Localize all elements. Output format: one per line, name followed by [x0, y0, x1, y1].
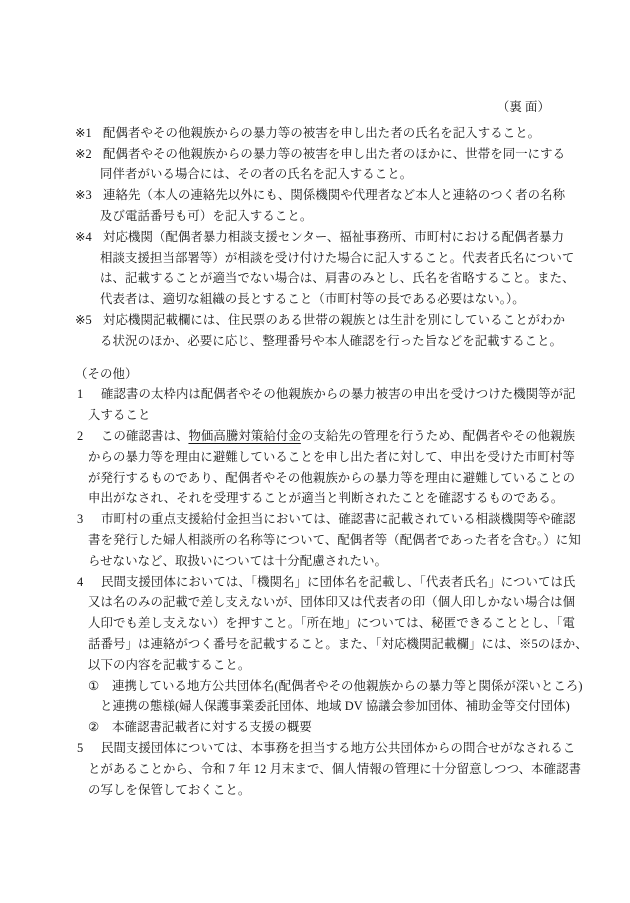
note-marker: ※4: [75, 227, 92, 248]
note-item: ※4 対応機関（配偶者暴力相談支援センター、福祉事務所、市町村における配偶者暴力…: [0, 227, 630, 310]
sub-list-item: ② 本確認書記載者に対する支援の概要: [0, 717, 630, 738]
list-text: 民間支援団体については、本事務を担当する地方公共団体からの問合せがなされるこ: [101, 741, 575, 755]
list-line: が発行するものであり、配偶者やその他親族からの暴力等を理由に避難していることの: [0, 468, 630, 489]
page-side-label: （裏 面）: [0, 97, 630, 118]
sub-list-text: 連携している地方公共団体名(配偶者やその他親族からの暴力等と関係が深いところ): [112, 679, 583, 693]
note-item: ※3 連絡先（本人の連絡先以外にも、関係機関や代理者など本人と連絡のつく者の名称…: [0, 185, 630, 227]
note-text: 配偶者やその他親族からの暴力等の被害を申し出た者のほかに、世帯を同一にする: [103, 147, 565, 161]
note-item: ※1 配偶者やその他親族からの暴力等の被害を申し出た者の氏名を記入すること。: [0, 123, 630, 144]
list-text: の支給先の管理を行うため、配偶者やその他親族: [301, 429, 575, 443]
note-marker: ※2: [75, 144, 92, 165]
note-item: ※5 対応機関記載欄には、住民票のある世帯の親族とは生計を別にしていることがわか…: [0, 310, 630, 352]
note-item: ※2 配偶者やその他親族からの暴力等の被害を申し出た者のほかに、世帯を同一にする…: [0, 144, 630, 186]
list-line: 人印でも差し支えない）を押すこと。「所在地」については、秘匿できることとし、「電: [0, 613, 630, 634]
list-marker: 4: [77, 572, 83, 593]
list-line: らせないなど、取扱いについては十分配慮されたい。: [0, 551, 630, 572]
document-content: （裏 面） ※1 配偶者やその他親族からの暴力等の被害を申し出た者の氏名を記入す…: [0, 97, 630, 800]
list-line: 申出がなされ、それを受理することが適当と判断されたことを確認するものである。: [0, 488, 630, 509]
sub-list-line: ① 連携している地方公共団体名(配偶者やその他親族からの暴力等と関係が深いところ…: [0, 676, 630, 697]
list-item: 4 民間支援団体においては、「機関名」に団体名を記載し、「代表者氏名」については…: [0, 572, 630, 738]
list-text: 民間支援団体においては、「機関名」に団体名を記載し、「代表者氏名」については氏: [101, 575, 576, 589]
underlined-term: 物価高騰対策給付金: [188, 429, 300, 443]
sub-list-marker: ①: [88, 676, 99, 697]
document-page: { "page": { "side_label": "（裏 面）" }, "no…: [0, 0, 630, 903]
list-item: 2 この確認書は、物価高騰対策給付金の支給先の管理を行うため、配偶者やその他親族…: [0, 426, 630, 509]
note-text: 連絡先（本人の連絡先以外にも、関係機関や代理者など本人と連絡のつく者の名称: [103, 188, 565, 202]
sub-list-item: ① 連携している地方公共団体名(配偶者やその他親族からの暴力等と関係が深いところ…: [0, 676, 630, 718]
list-marker: 3: [77, 509, 83, 530]
note-line: ※4 対応機関（配偶者暴力相談支援センター、福祉事務所、市町村における配偶者暴力: [0, 227, 630, 248]
list-text: この確認書は、: [101, 429, 188, 443]
note-marker: ※1: [75, 123, 92, 144]
note-line: ※2 配偶者やその他親族からの暴力等の被害を申し出た者のほかに、世帯を同一にする: [0, 144, 630, 165]
others-heading: （その他）: [0, 364, 630, 385]
list-item: 1 確認書の太枠内は配偶者やその他親族からの暴力被害の申出を受けつけた機関等が記…: [0, 384, 630, 426]
list-text: 確認書の太枠内は配偶者やその他親族からの暴力被害の申出を受けつけた機関等が記: [101, 387, 576, 401]
note-line: る状況のほか、必要に応じ、整理番号や本人確認を行った旨などを記載すること。: [0, 331, 630, 352]
note-line: は、記載することが適当でない場合は、肩書のみとし、氏名を省略すること。また、: [0, 268, 630, 289]
list-marker: 1: [77, 384, 83, 405]
list-line: からの暴力等を理由に避難していることを申し出た者に対して、申出を受けた市町村等: [0, 447, 630, 468]
note-marker: ※3: [75, 185, 92, 206]
list-line: 1 確認書の太枠内は配偶者やその他親族からの暴力被害の申出を受けつけた機関等が記: [0, 384, 630, 405]
note-text: 配偶者やその他親族からの暴力等の被害を申し出た者の氏名を記入すること。: [103, 126, 540, 140]
note-text: 対応機関（配偶者暴力相談支援センター、福祉事務所、市町村における配偶者暴力: [103, 230, 564, 244]
list-item: 5 民間支援団体については、本事務を担当する地方公共団体からの問合せがなされるこ…: [0, 738, 630, 800]
list-line: 3 市町村の重点支援給付金担当においては、確認書に記載されている相談機関等や確認: [0, 509, 630, 530]
list-text: 市町村の重点支援給付金担当においては、確認書に記載されている相談機関等や確認: [101, 512, 576, 526]
list-item: 3 市町村の重点支援給付金担当においては、確認書に記載されている相談機関等や確認…: [0, 509, 630, 571]
note-line: 及び電話番号も可）を記入すること。: [0, 206, 630, 227]
list-line: の写しを保管しておくこと。: [0, 780, 630, 801]
list-marker: 2: [77, 426, 83, 447]
list-line: 5 民間支援団体については、本事務を担当する地方公共団体からの問合せがなされるこ: [0, 738, 630, 759]
list-line: 話番号」は連絡がつく番号を記載すること。また、「対応機関記載欄」には、※5のほか…: [0, 634, 630, 655]
list-line: 4 民間支援団体においては、「機関名」に団体名を記載し、「代表者氏名」については…: [0, 572, 630, 593]
list-marker: 5: [77, 738, 83, 759]
list-line: 以下の内容を記載すること。: [0, 655, 630, 676]
note-line: ※1 配偶者やその他親族からの暴力等の被害を申し出た者の氏名を記入すること。: [0, 123, 630, 144]
sub-list-line: ② 本確認書記載者に対する支援の概要: [0, 717, 630, 738]
note-line: ※3 連絡先（本人の連絡先以外にも、関係機関や代理者など本人と連絡のつく者の名称: [0, 185, 630, 206]
sub-list-marker: ②: [88, 717, 99, 738]
list-line: 又は名のみの記載で差し支えないが、団体印又は代表者の印（個人印しかない場合は個: [0, 592, 630, 613]
list-line: 2 この確認書は、物価高騰対策給付金の支給先の管理を行うため、配偶者やその他親族: [0, 426, 630, 447]
note-line: 代表者は、適切な組織の長とすること（市町村等の長である必要はない。）。: [0, 289, 630, 310]
document-sheet: （裏 面） ※1 配偶者やその他親族からの暴力等の被害を申し出た者の氏名を記入す…: [0, 0, 630, 903]
sub-list-text: 本確認書記載者に対する支援の概要: [112, 720, 312, 734]
note-line: 相談支援担当部署等）が相談を受け付けた場合に記入すること。代表者氏名について: [0, 248, 630, 269]
list-line: 入すること: [0, 405, 630, 426]
note-text: 対応機関記載欄には、住民票のある世帯の親族とは生計を別にしていることがわか: [103, 313, 565, 327]
list-line: 書を発行した婦人相談所の名称等について、配偶者等（配偶者であった者を含む。）に知: [0, 530, 630, 551]
note-line: 同伴者がいる場合には、その者の氏名を記入すること。: [0, 164, 630, 185]
sub-list-line: と連携の態様(婦人保護事業委託団体、地域 DV 協議会参加団体、補助金等交付団体…: [0, 696, 630, 717]
list-line: とがあることから、令和 7 年 12 月末まで、個人情報の管理に十分留意しつつ、…: [0, 759, 630, 780]
note-marker: ※5: [75, 310, 92, 331]
note-line: ※5 対応機関記載欄には、住民票のある世帯の親族とは生計を別にしていることがわか: [0, 310, 630, 331]
